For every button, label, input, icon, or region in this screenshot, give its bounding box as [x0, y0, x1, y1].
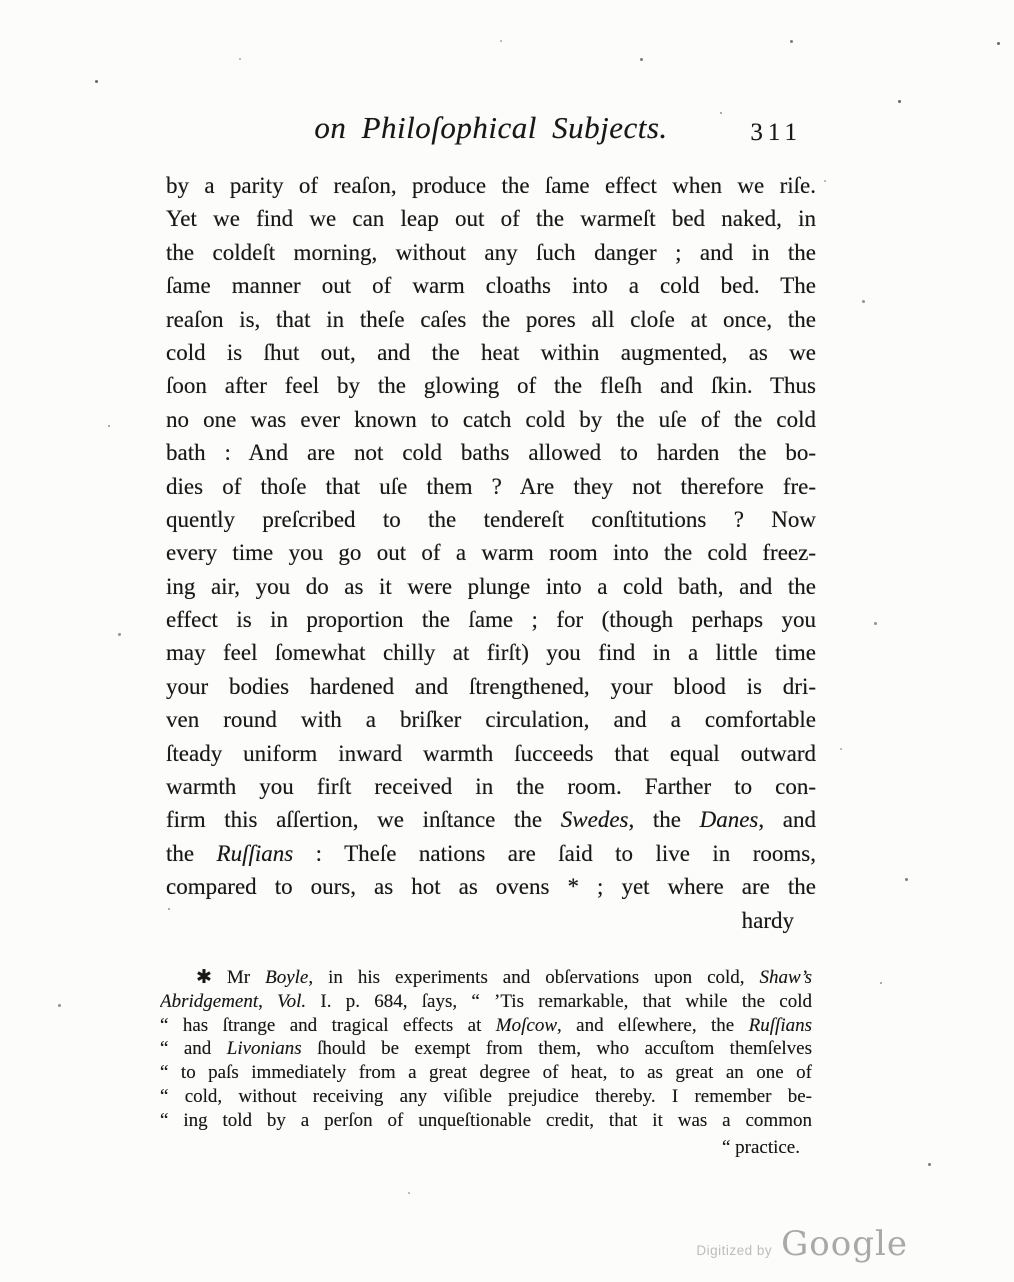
- italic-text: Moſcow: [496, 1015, 557, 1036]
- book-page: on Philoſophical Subjects. 311 by a pari…: [0, 0, 1014, 1282]
- text-line: “ has ſtrange and tragical effects at Mo…: [160, 1014, 812, 1038]
- scan-speck: [928, 1163, 931, 1166]
- italic-text: Swedes: [561, 807, 629, 832]
- text-line: Abridgement, Vol. I. p. 684, ſays, “ ’Ti…: [160, 990, 812, 1014]
- text-line: ſame manner out of warm cloaths into a c…: [166, 269, 816, 302]
- scan-speck: [108, 425, 110, 427]
- page-title: on Philoſophical Subjects.: [166, 110, 816, 146]
- scan-speck: [898, 100, 901, 103]
- google-watermark: Digitized by Google: [696, 1224, 908, 1264]
- scan-speck: [640, 58, 643, 61]
- text-line: cold is ſhut out, and the heat within au…: [166, 336, 816, 369]
- italic-text: Abridgement: [160, 991, 258, 1012]
- text-line: ✱ Mr Boyle, in his experiments and obſer…: [160, 966, 812, 990]
- footnote-block: ✱ Mr Boyle, in his experiments and obſer…: [160, 966, 812, 1159]
- text-line: “ cold, without receiving any viſible pr…: [160, 1085, 812, 1109]
- text-line: the Ruſſians : Theſe nations are ſaid to…: [166, 837, 816, 870]
- text-line: may feel ſomewhat chilly at firſt) you f…: [166, 636, 816, 669]
- scan-speck: [118, 633, 121, 636]
- text-line: compared to ours, as hot as ovens * ; ye…: [166, 870, 816, 903]
- scan-speck: [58, 1004, 61, 1007]
- italic-text: Vol.: [277, 991, 306, 1012]
- digitized-by-label: Digitized by: [696, 1243, 772, 1258]
- text-line: reaſon is, that in theſe caſes the pores…: [166, 303, 816, 336]
- catchword: hardy: [166, 904, 816, 937]
- footnote-catchword: “ practice.: [160, 1136, 812, 1160]
- scan-speck: [862, 300, 865, 303]
- text-line: “ and Livonians ſhould be exempt from th…: [160, 1037, 812, 1061]
- text-line: effect is in proportion the ſame ; for (…: [166, 603, 816, 636]
- text-line: “ to paſs immediately from a great degre…: [160, 1061, 812, 1085]
- italic-text: Livonians: [227, 1038, 302, 1059]
- page-number: 311: [750, 119, 802, 147]
- text-line: bath : And are not cold baths allowed to…: [166, 436, 816, 469]
- scan-speck: [790, 40, 793, 43]
- text-line: by a parity of reaſon, produce the ſame …: [166, 169, 816, 202]
- text-line: “ ing told by a perſon of unqueſtionable…: [160, 1109, 812, 1133]
- text-line: the coldeſt morning, without any ſuch da…: [166, 236, 816, 269]
- scan-speck: [239, 58, 241, 60]
- italic-text: Danes: [700, 807, 759, 832]
- italic-text: Shaw’s: [760, 967, 812, 988]
- body-text-block: by a parity of reaſon, produce the ſame …: [166, 169, 816, 937]
- text-line: firm this aſſertion, we inſtance the Swe…: [166, 803, 816, 836]
- scan-speck: [997, 42, 1000, 45]
- scan-speck: [95, 80, 98, 83]
- scan-speck: [168, 908, 170, 910]
- italic-text: Ruſſians: [217, 841, 294, 866]
- text-line: every time you go out of a warm room int…: [166, 536, 816, 569]
- text-line: Yet we find we can leap out of the warme…: [166, 202, 816, 235]
- running-head: on Philoſophical Subjects. 311: [166, 110, 816, 162]
- google-logo: Google: [781, 1224, 908, 1264]
- text-line: ing air, you do as it were plunge into a…: [166, 570, 816, 603]
- italic-text: Ruſſians: [749, 1015, 812, 1036]
- scan-speck: [500, 40, 502, 42]
- scan-speck: [408, 1192, 410, 1194]
- scan-speck: [905, 878, 908, 881]
- italic-text: Boyle: [265, 967, 308, 988]
- text-line: dies of thoſe that uſe them ? Are they n…: [166, 470, 816, 503]
- scan-speck: [840, 748, 842, 750]
- footnote-lines: ✱ Mr Boyle, in his experiments and obſer…: [160, 966, 812, 1133]
- scan-speck: [874, 622, 877, 625]
- scan-speck: [720, 112, 722, 114]
- text-line: ſteady uniform inward warmth ſucceeds th…: [166, 737, 816, 770]
- body-lines: by a parity of reaſon, produce the ſame …: [166, 169, 816, 904]
- scan-speck: [824, 180, 826, 182]
- text-line: ſoon after feel by the glowing of the fl…: [166, 369, 816, 402]
- text-line: ven round with a briſker circulation, an…: [166, 703, 816, 736]
- text-line: your bodies hardened and ſtrengthened, y…: [166, 670, 816, 703]
- text-line: warmth you firſt received in the room. F…: [166, 770, 816, 803]
- text-line: no one was ever known to catch cold by t…: [166, 403, 816, 436]
- scan-speck: [880, 982, 882, 984]
- text-line: quently preſcribed to the tendereſt conſ…: [166, 503, 816, 536]
